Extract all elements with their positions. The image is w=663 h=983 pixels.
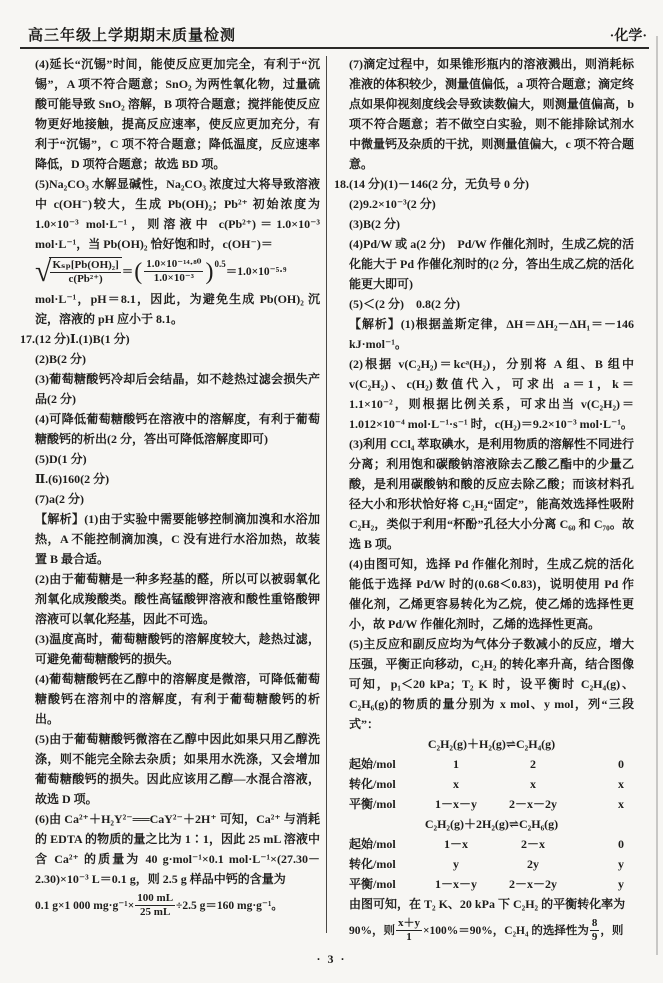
volume-denominator: 25 mL [135,906,175,919]
table-cell: x [427,774,485,794]
ratio-fraction: 1.0×10⁻¹⁴·⁸⁰1.0×10⁻³ [144,258,203,285]
analysis-17-part5: (5)由于葡萄糖酸钙微溶在乙醇中因此如果只用乙醇洗涤，则不能完全除去杂质；如果用… [35,729,320,809]
page-number: · 3 · [0,952,663,967]
left-column: (4)延长“沉锡”时间，能使反应更加完全，有利于“沉锡”，A 项不符合题意；Sn… [20,54,320,947]
table-cell: 2－x [485,834,581,854]
table-row: 转化/mol x x x [349,774,634,794]
column-divider [326,56,327,933]
ratio-denominator: 1.0×10⁻³ [144,272,203,285]
ksp-fraction-numerator: Kₛₚ[Pb(OH)₂] [50,259,120,273]
ksp-fraction: Kₛₚ[Pb(OH)₂]c(Pb²⁺) [50,259,120,286]
row-label: 转化/mol [349,774,427,794]
table-cell: x [485,774,581,794]
right-column: (7)滴定过程中，如果锥形瓶内的溶液溅出，则消耗标准液的体积较少，测量值偏低，a… [334,54,634,947]
scan-edge-artifact [656,36,658,955]
table-cell: 2－x－2y [485,874,581,894]
table-cell: 2y [485,854,581,874]
ksp-fraction-denominator: c(Pb²⁺) [50,273,120,286]
volume-fraction: 100 mL25 mL [135,892,175,919]
row-label: 转化/mol [349,854,427,874]
calc-part-3: ，则 [600,922,623,940]
calc-prefix: 0.1 g×1 000 mg·g⁻¹× [35,897,134,915]
table-row: 起始/mol 1－x 2－x 0 [349,834,634,854]
table-cell: y [581,874,661,894]
table-cell: x [581,794,661,814]
table-cell: y [427,854,485,874]
equals-sign: ＝ [122,263,134,281]
table-cell: 1－x [427,834,485,854]
table-cell: 1－x－y [427,874,485,894]
table-cell: 0 [581,754,661,774]
selectivity-denominator: 9 [590,931,600,944]
page-body: (4)延长“沉锡”时间，能使反应更加完全，有利于“沉锡”，A 项不符合题意；Sn… [20,54,649,947]
answer-17-part4: (4)可降低葡萄糖酸钙在溶液中的溶解度，有利于葡萄糖酸钙的析出(2 分，答出可降… [35,409,320,449]
answer-item-17: 17.(12 分)Ⅰ.(1)B(1 分) [20,329,320,349]
analysis-18-part1: 【解析】(1)根据盖斯定律，ΔH＝ΔH₂－ΔH₁＝－146 kJ·mol⁻¹。 [349,314,634,354]
analysis-18-part5: (5)主反应和副反应均为气体分子数减小的反应，增大压强，平衡正向移动，C₂H₂ … [349,634,634,734]
right-paren: ) [205,262,213,282]
exam-answer-page: 高三年级上学期期末质量检测 ·化学· (4)延长“沉锡”时间，能使反应更加完全，… [0,0,663,983]
table-cell: x [581,774,661,794]
answer-17-part2: (2)B(2 分) [35,349,320,369]
calc-part-1: 90%，则 [349,922,395,940]
answer-17-part5: (5)D(1 分) [35,449,320,469]
ksp-formula: √Kₛₚ[Pb(OH)₂]c(Pb²⁺) ＝ ( 1.0×10⁻¹⁴·⁸⁰1.0… [35,254,320,289]
ice-table-1: 起始/mol 1 2 0 转化/mol x x x 平衡/mol 1－x－y 2… [349,754,634,814]
formula-result: ＝1.0×10⁻⁵·⁹ [226,263,287,281]
selectivity-numerator: 8 [590,917,600,931]
table-cell: y [581,854,661,874]
table-row: 转化/mol y 2y y [349,854,634,874]
answer-16-part4: (4)延长“沉锡”时间，能使反应更加完全，有利于“沉锡”，A 项不符合题意；Sn… [35,54,320,174]
answer-17-part6: Ⅱ.(6)160(2 分) [35,469,320,489]
volume-numerator: 100 mL [135,892,175,906]
equilibrium-equation-2: C₂H₂(g)＋2H₂(g)⇌C₂H₆(g) [349,814,634,834]
answer-16-part5-cont: mol·L⁻¹，pH＝8.1，因此，为避免生成 Pb(OH)₂ 沉淀，溶液的 p… [35,289,320,329]
row-label: 起始/mol [349,754,427,774]
page-title: 高三年级上学期期末质量检测 [28,24,236,45]
row-label: 起始/mol [349,834,427,854]
answer-18-part4: (4)Pd/W 或 a(2 分) Pd/W 作催化剂时，生成乙烷的活化能大于 P… [349,234,634,294]
table-row: 平衡/mol 1－x－y 2－x－2y y [349,874,634,894]
analysis-17-part6: (6)由 Ca²⁺＋H₂Y²⁻══CaY²⁻＋2H⁺ 可知，Ca²⁺ 与消耗的 … [35,809,320,889]
answer-17-part3: (3)葡萄糖酸钙冷却后会结晶，如不趁热过滤会损失产品(2 分) [35,369,320,409]
analysis-18-part3: (3)利用 CCl₄ 萃取碘水，是利用物质的溶解性不同进行分离；利用饱和碳酸钠溶… [349,434,634,554]
selectivity-fraction: 89 [590,917,600,944]
conversion-denominator: 1 [396,931,422,944]
page-header: 高三年级上学期期末质量检测 ·化学· [20,24,649,49]
answer-18-part3: (3)B(2 分) [349,214,634,234]
subject-label: ·化学· [610,25,647,45]
table-cell: 2 [485,754,581,774]
analysis-18-part4: (4)由图可知，选择 Pd 作催化剂时，生成乙烷的活化能低于选择 Pd/W 时的… [349,554,634,634]
conversion-rate-calculation: 90%，则 x＋y1 ×100%＝90%，C₂H₄ 的选择性为 89 ，则 [349,914,634,947]
table-row: 平衡/mol 1－x－y 2－x－2y x [349,794,634,814]
analysis-17-part1: 【解析】(1)由于实验中需要能够控制滴加溴和水浴加热，A 不能控制滴加溴，C 没… [35,509,320,569]
calc-suffix: ÷2.5 g＝160 mg·g⁻¹。 [176,897,283,915]
table-row: 起始/mol 1 2 0 [349,754,634,774]
analysis-17-part2: (2)由于葡萄糖是一种多羟基的醛，所以可以被弱氧化剂氧化成羧酸类。酸性高锰酸钾溶… [35,569,320,629]
answer-item-18: 18.(14 分)(1)－146(2 分，无负号 0 分) [334,174,634,194]
ice-table-2: 起始/mol 1－x 2－x 0 转化/mol y 2y y 平衡/mol 1－… [349,834,634,894]
row-label: 平衡/mol [349,874,427,894]
analysis-18-part5-cont: 由图可知，在 T₂ K、20 kPa 下 C₂H₂ 的平衡转化率为 [349,894,634,914]
table-cell: 2－x－2y [485,794,581,814]
table-cell: 1－x－y [427,794,485,814]
equilibrium-equation-1: C₂H₂(g)＋H₂(g)⇌C₂H₄(g) [349,734,634,754]
ratio-numerator: 1.0×10⁻¹⁴·⁸⁰ [144,258,203,272]
answer-16-part5: (5)Na₂CO₃ 水解显碱性，Na₂CO₃ 浓度过大将导致溶液中 c(OH⁻)… [35,174,320,254]
answer-18-part5: (5)＜(2 分) 0.8(2 分) [349,294,634,314]
row-label: 平衡/mol [349,794,427,814]
table-cell: 1 [427,754,485,774]
answer-18-part2: (2)9.2×10⁻³(2 分) [349,194,634,214]
calc-part-2: ×100%＝90%，C₂H₄ 的选择性为 [423,922,589,940]
analysis-17-part4: (4)葡萄糖酸钙在乙醇中的溶解度是微溶，可降低葡萄糖酸钙在溶剂中的溶解度，有利于… [35,669,320,729]
answer-17-part7: (7)a(2 分) [35,489,320,509]
left-paren: ( [134,262,142,282]
sqrt-radicand: Kₛₚ[Pb(OH)₂]c(Pb²⁺) [49,257,121,286]
calcium-content-calculation: 0.1 g×1 000 mg·g⁻¹× 100 mL25 mL ÷2.5 g＝1… [35,889,320,922]
exponent: 0.5 [214,255,225,273]
analysis-18-part2: (2)根据 v(C₂H₂)＝kcᵃ(H₂)，分别将 A 组、B 组中 v(C₂H… [349,354,634,434]
conversion-numerator: x＋y [396,917,422,931]
analysis-17-part3: (3)温度高时，葡萄糖酸钙的溶解度较大，趁热过滤，可避免葡萄糖酸钙的损失。 [35,629,320,669]
table-cell: 0 [581,834,661,854]
analysis-17-part7: (7)滴定过程中，如果锥形瓶内的溶液溅出，则消耗标准液的体积较少，测量值偏低，a… [349,54,634,174]
conversion-fraction: x＋y1 [396,917,422,944]
